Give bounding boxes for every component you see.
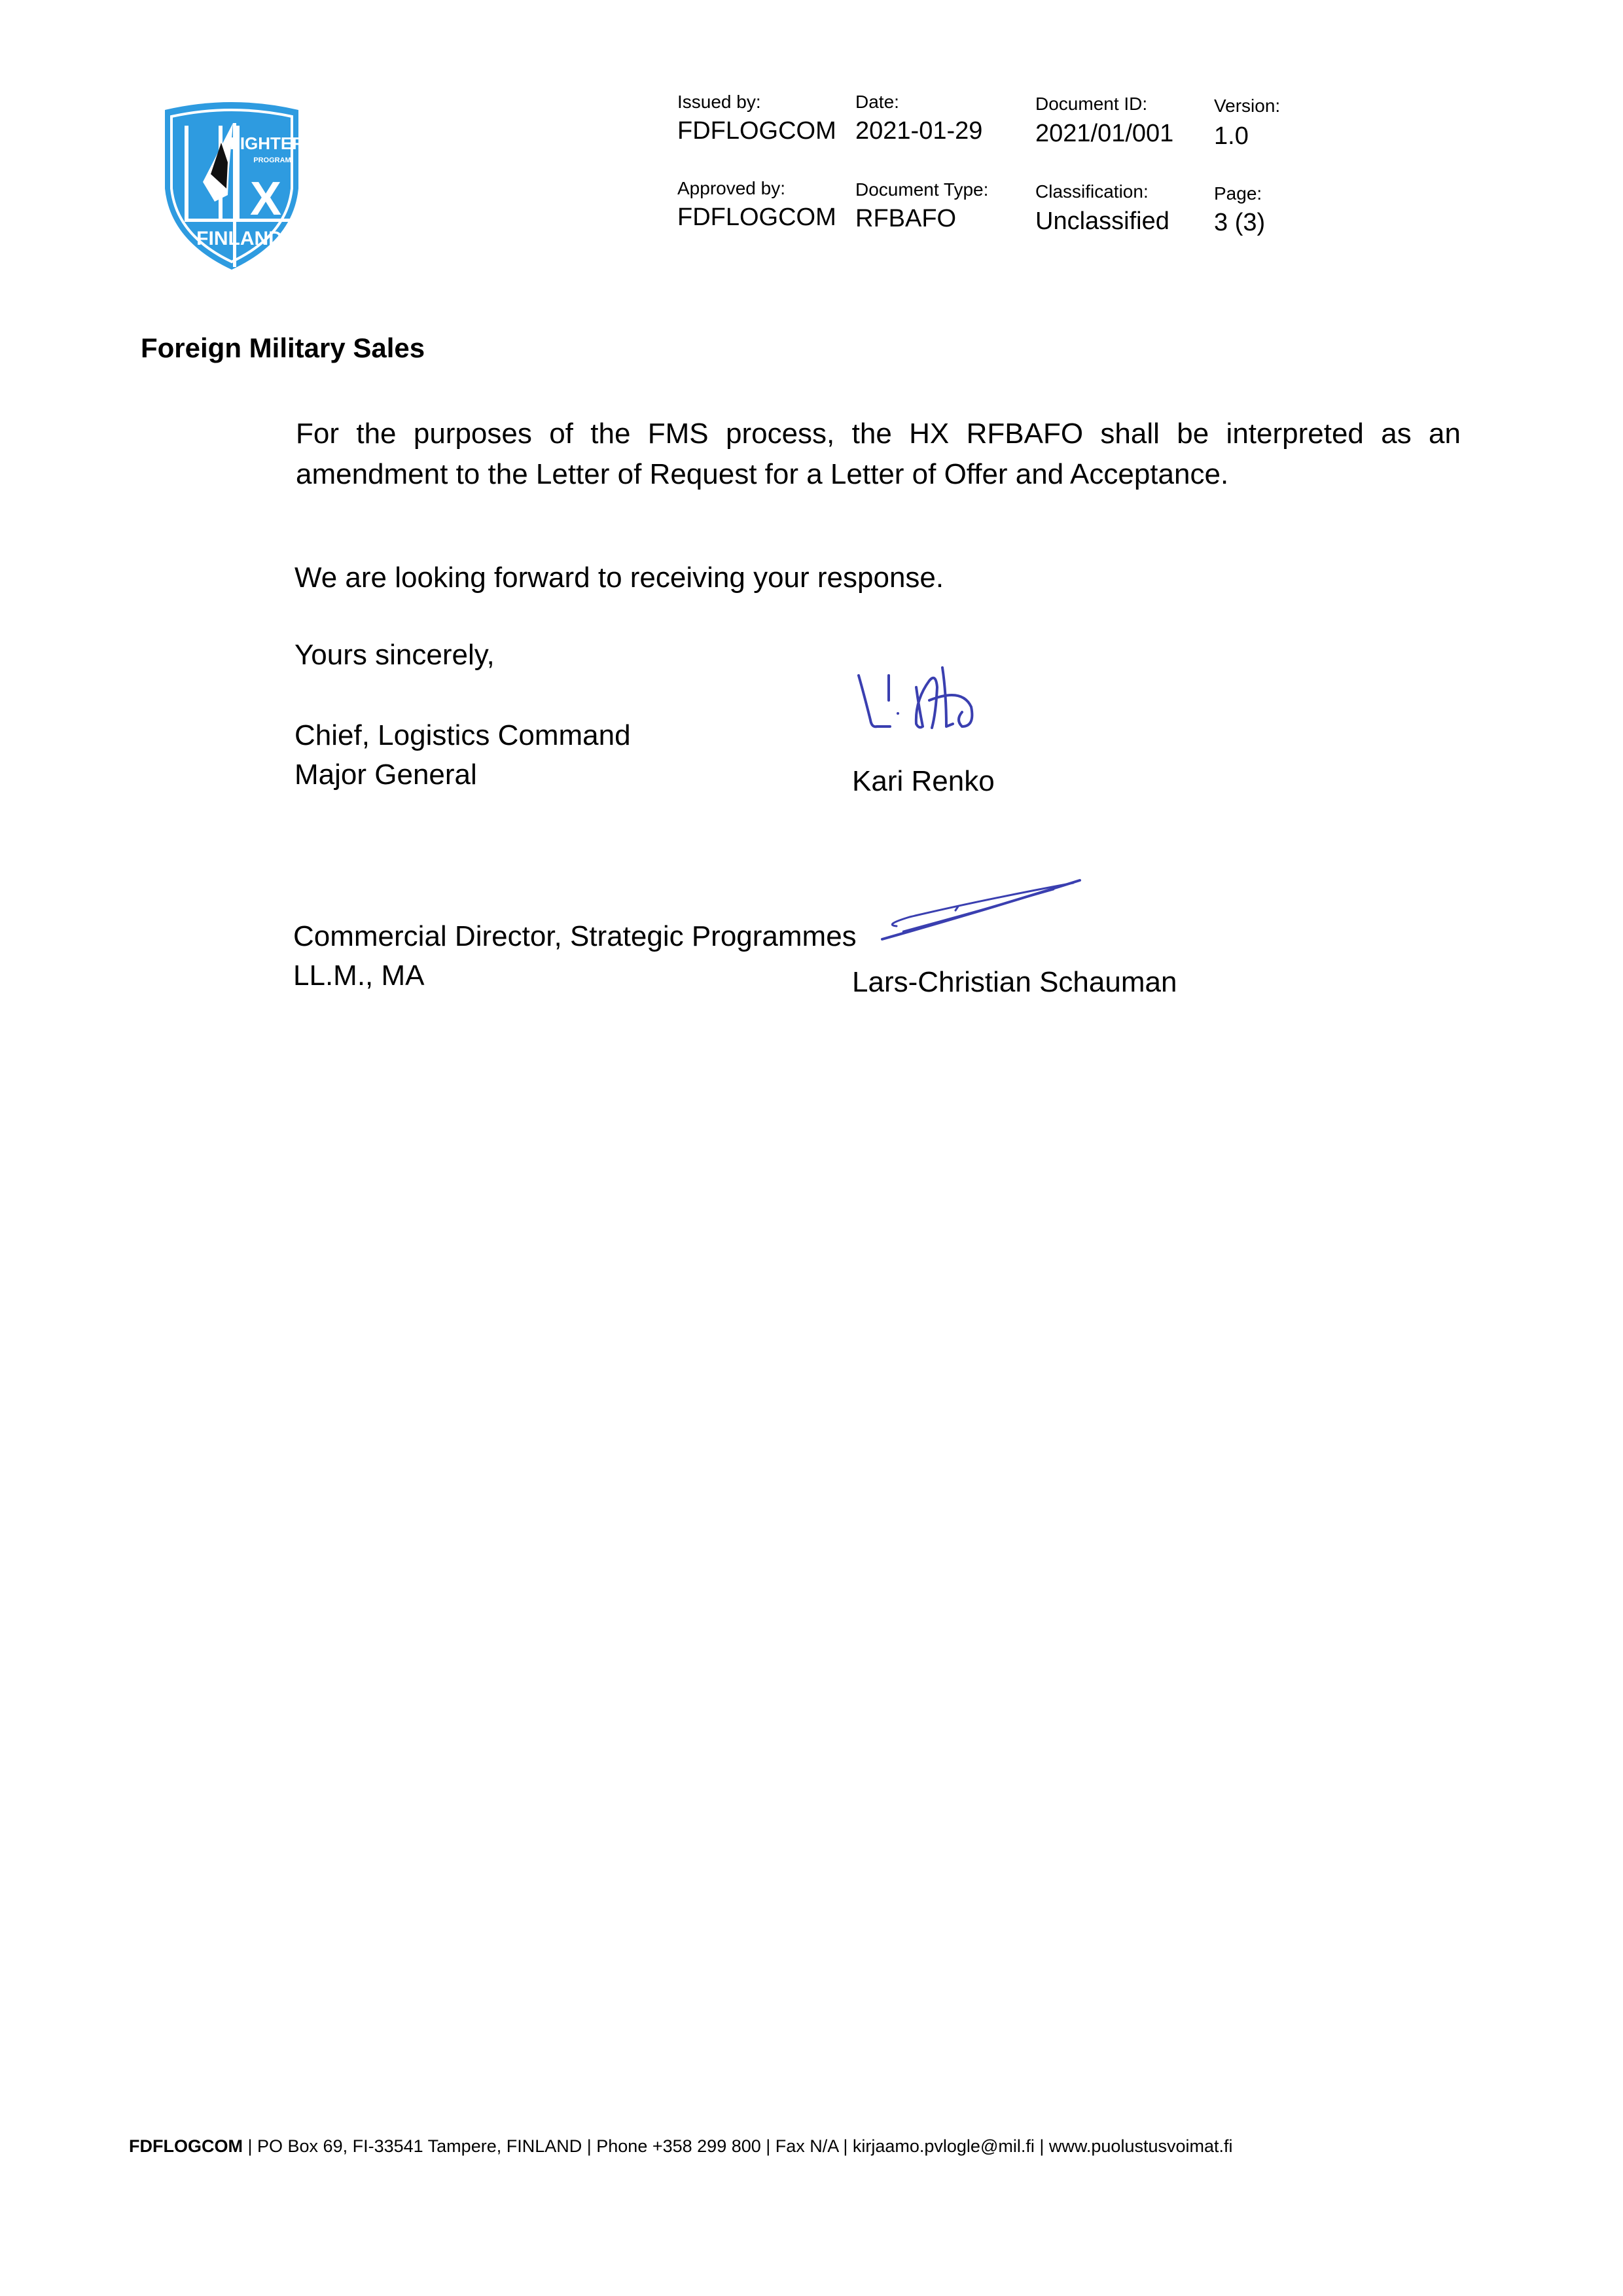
footer-website[interactable]: www.puolustusvoimat.fi [1049,2136,1233,2156]
issued-by-label: Issued by: [677,92,761,113]
svg-text:FIGHTER: FIGHTER [230,134,304,153]
footer-separator: | [1035,2136,1049,2156]
signature-lars-christian-schauman-icon [877,874,1086,946]
svg-text:X: X [250,173,281,225]
approved-by-label: Approved by: [677,178,785,199]
date-value: 2021-01-29 [855,117,982,145]
paragraph-line-2: amendment to the Letter of Request for a… [296,454,1461,495]
paragraph-line-1-text: For the purposes of the FMS process, the… [296,414,1461,454]
body-paragraph: For the purposes of the FMS process, the… [296,414,1461,495]
footer-separator: | [582,2136,596,2156]
footer-separator: | [761,2136,776,2156]
svg-text:FINLAND: FINLAND [196,228,283,249]
version-value: 1.0 [1214,122,1249,151]
footer-separator: | [243,2136,257,2156]
approved-by-value: FDFLOGCOM [677,203,836,232]
svg-text:PROGRAM: PROGRAM [253,156,291,164]
signatory-2-degrees: LL.M., MA [293,956,425,996]
page-label: Page: [1214,183,1262,204]
signature-kari-renko-icon [851,661,1001,740]
paragraph-line-2-text: amendment to the Letter of Request for a… [296,458,1228,490]
signatory-2-name: Lars-Christian Schauman [852,962,1177,1003]
footer-org: FDFLOGCOM [129,2136,243,2156]
footer-fax: Fax N/A [776,2136,838,2156]
document-type-label: Document Type: [855,179,988,200]
page-value: 3 (3) [1214,208,1265,237]
signatory-1-title: Chief, Logistics Command [294,715,631,756]
signatory-2-title: Commercial Director, Strategic Programme… [293,916,857,957]
signatory-1-name: Kari Renko [852,761,995,802]
paragraph-line-1: For the purposes of the FMS process, the… [296,414,1461,454]
section-heading: Foreign Military Sales [141,332,425,364]
footer-separator: | [838,2136,853,2156]
document-id-label: Document ID: [1035,94,1147,115]
footer-address: PO Box 69, FI-33541 Tampere, FINLAND [257,2136,582,2156]
classification-label: Classification: [1035,181,1149,202]
document-type-value: RFBAFO [855,204,956,233]
classification-value: Unclassified [1035,207,1169,236]
footer: FDFLOGCOM | PO Box 69, FI-33541 Tampere,… [129,2136,1233,2157]
salutation: Yours sincerely, [294,635,495,675]
shield-logo-icon: X FIGHTER PROGRAM FINLAND [156,97,308,272]
date-label: Date: [855,92,899,113]
footer-phone: Phone +358 299 800 [596,2136,761,2156]
footer-email[interactable]: kirjaamo.pvlogle@mil.fi [853,2136,1035,2156]
version-label: Version: [1214,96,1280,117]
issued-by-value: FDFLOGCOM [677,117,836,145]
signatory-1-rank: Major General [294,755,477,795]
document-id-value: 2021/01/001 [1035,119,1173,148]
hx-fighter-program-logo: X FIGHTER PROGRAM FINLAND [156,97,308,272]
closing-line: We are looking forward to receiving your… [294,558,944,598]
